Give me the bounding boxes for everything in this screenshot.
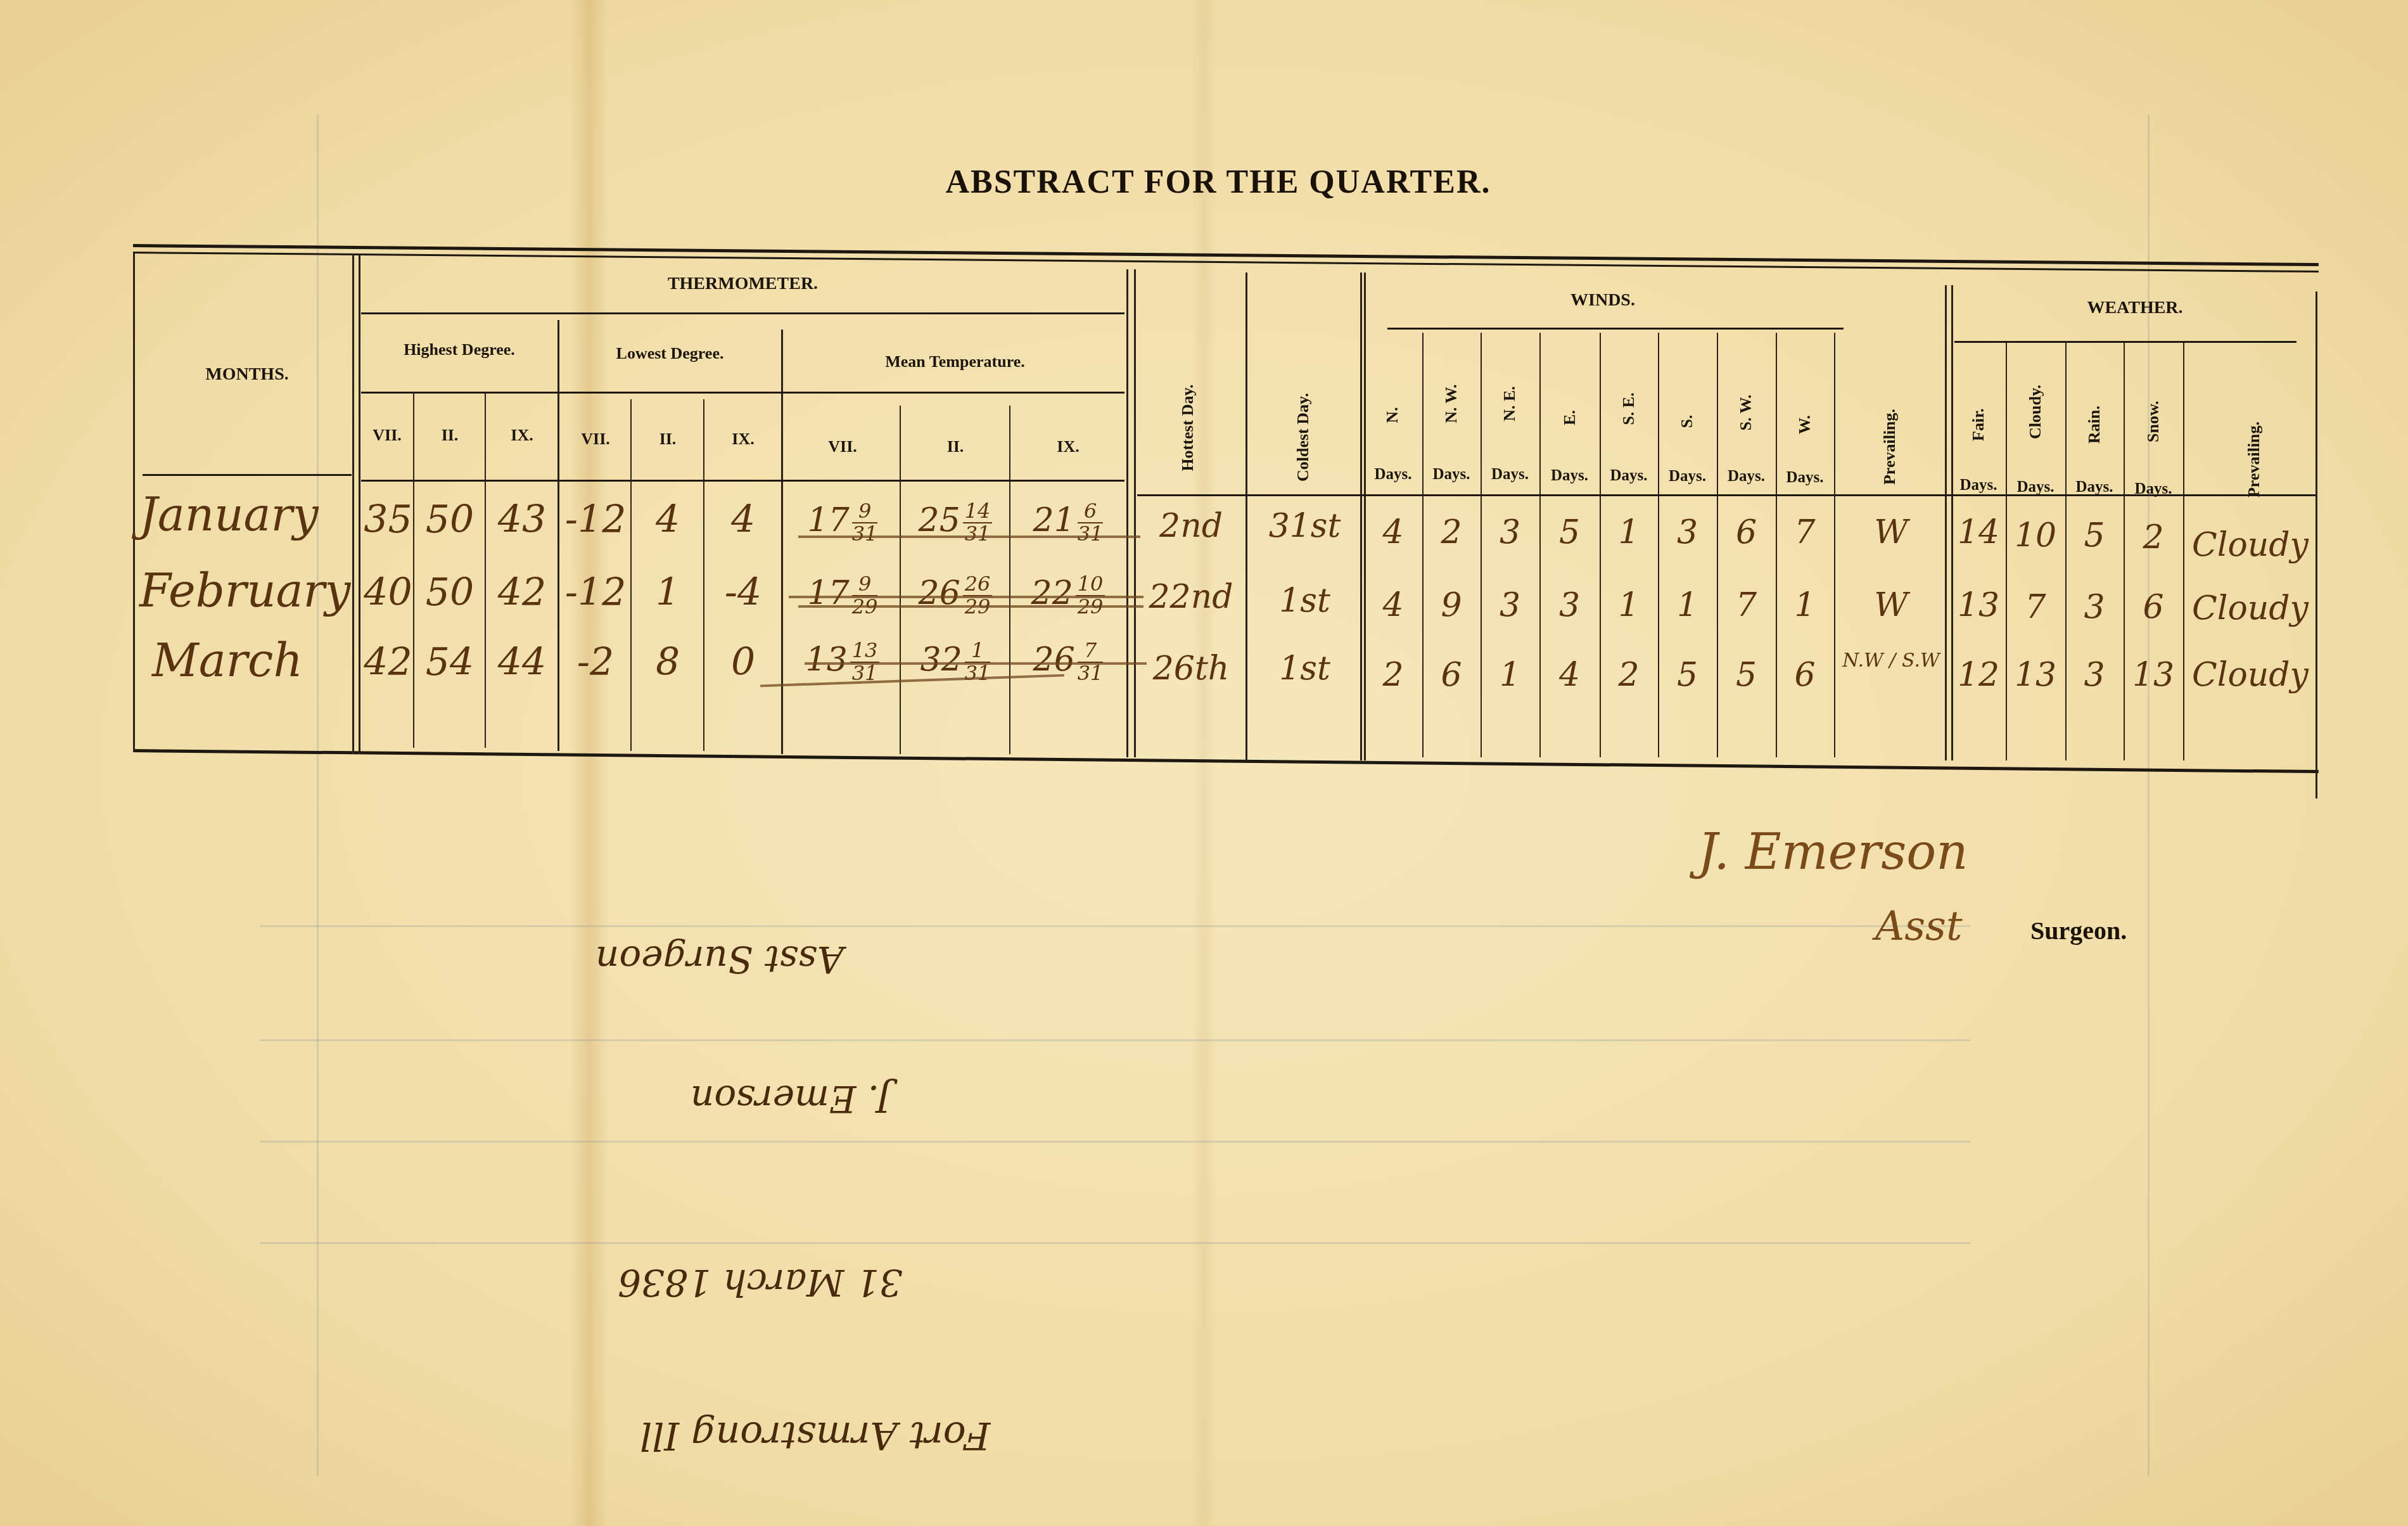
highest-vii: 42 bbox=[361, 640, 415, 684]
highest-degree-header: Highest Degree. bbox=[361, 340, 557, 359]
highest-vii: 40 bbox=[361, 570, 415, 615]
month-name: January bbox=[139, 488, 319, 541]
col-divider bbox=[1834, 333, 1835, 757]
weather-prevailing-header: Prevailing. bbox=[2245, 404, 2264, 515]
hour-vii: VII. bbox=[361, 426, 413, 445]
weather-prevailing: Cloudy bbox=[2192, 589, 2338, 627]
wind-se-days: 2 bbox=[1600, 656, 1658, 694]
days-label: Days. bbox=[1481, 466, 1539, 484]
weather-fair-days: 14 bbox=[1951, 513, 2006, 551]
weather-fair-days: 13 bbox=[1951, 586, 2006, 624]
inverted-note-name: J. Emerson bbox=[691, 1077, 891, 1120]
wind-dir-ne: N. E. bbox=[1500, 375, 1519, 433]
month-name: March bbox=[152, 634, 303, 687]
highest-vii: 35 bbox=[361, 497, 415, 542]
wind-dir-e: E. bbox=[1560, 388, 1579, 448]
coldest-day-header: Coldest Day. bbox=[1294, 377, 1313, 497]
wind-w-days: 6 bbox=[1776, 656, 1834, 694]
highest-ix: 44 bbox=[487, 640, 557, 684]
bleed-through-line bbox=[260, 1039, 1970, 1041]
col-divider bbox=[557, 320, 559, 751]
col-divider bbox=[900, 406, 901, 754]
weather-fair-days: 12 bbox=[1951, 656, 2006, 694]
lowest-ii: 4 bbox=[632, 497, 703, 542]
bleed-through-line bbox=[260, 925, 1970, 927]
winds-header: WINDS. bbox=[1368, 290, 1837, 311]
col-divider bbox=[1945, 285, 1947, 760]
header-underline bbox=[1954, 341, 2297, 343]
bleed-through-line bbox=[260, 1242, 1970, 1244]
weather-rain: Rain. bbox=[2085, 395, 2104, 454]
hottest-day: 26th bbox=[1137, 650, 1245, 688]
coldest-day: 1st bbox=[1249, 582, 1360, 620]
hour-ii: II. bbox=[415, 426, 485, 445]
days-label: Days. bbox=[2006, 478, 2065, 496]
highest-ix: 43 bbox=[487, 497, 557, 542]
col-divider bbox=[2183, 342, 2184, 760]
hour-ii: II. bbox=[901, 437, 1009, 456]
thermometer-header: THERMOMETER. bbox=[361, 274, 1124, 294]
lowest-vii: -12 bbox=[561, 497, 630, 542]
header-underline bbox=[1387, 328, 1844, 330]
signature-name: J. Emerson bbox=[1698, 824, 1968, 881]
wind-e-days: 3 bbox=[1539, 586, 1600, 624]
wind-n-days: 4 bbox=[1364, 586, 1422, 624]
wind-dir-w: W. bbox=[1795, 395, 1814, 454]
wind-s-days: 3 bbox=[1658, 513, 1717, 551]
mean-temperature-header: Mean Temperature. bbox=[786, 352, 1124, 371]
page-title: ABSTRACT FOR THE QUARTER. bbox=[917, 163, 1519, 201]
wind-e-days: 4 bbox=[1539, 656, 1600, 694]
lowest-vii: -2 bbox=[561, 640, 630, 684]
wind-sw-days: 7 bbox=[1717, 586, 1776, 624]
col-divider bbox=[1245, 272, 1247, 760]
col-divider bbox=[1009, 406, 1010, 754]
header-underline bbox=[143, 474, 352, 476]
highest-ii: 50 bbox=[415, 570, 485, 615]
wind-se-days: 1 bbox=[1600, 513, 1658, 551]
wind-dir-s: S. bbox=[1678, 392, 1697, 451]
inverted-note-date: 31 March 1836 bbox=[618, 1261, 903, 1304]
col-divider bbox=[359, 253, 360, 754]
lowest-ii: 1 bbox=[632, 570, 703, 615]
col-divider bbox=[630, 399, 632, 751]
col-divider bbox=[485, 393, 486, 748]
wind-dir-sw: S. W. bbox=[1736, 383, 1755, 442]
weather-prevailing: Cloudy bbox=[2192, 526, 2338, 564]
wind-prevailing-header: Prevailing. bbox=[1880, 392, 1899, 503]
days-label: Days. bbox=[2065, 478, 2124, 496]
wind-n-days: 4 bbox=[1364, 513, 1422, 551]
col-divider bbox=[1134, 269, 1136, 757]
weather-rain-days: 3 bbox=[2065, 588, 2124, 626]
highest-ii: 50 bbox=[415, 497, 485, 542]
hour-vii: VII. bbox=[786, 437, 900, 456]
days-label: Days. bbox=[2124, 480, 2183, 498]
wind-w-days: 1 bbox=[1776, 586, 1834, 624]
hour-vii: VII. bbox=[561, 430, 630, 449]
col-divider bbox=[133, 253, 135, 751]
weather-snow: Snow. bbox=[2144, 392, 2163, 451]
bleed-through-line bbox=[317, 114, 319, 1477]
bleed-through-line bbox=[260, 1141, 1970, 1143]
days-label: Days. bbox=[1539, 467, 1600, 485]
month-name: February bbox=[139, 564, 351, 617]
days-label: Days. bbox=[1600, 467, 1658, 485]
col-divider bbox=[352, 253, 354, 754]
weather-snow-days: 2 bbox=[2124, 518, 2183, 556]
weather-snow-days: 13 bbox=[2124, 656, 2183, 694]
col-divider bbox=[1126, 269, 1128, 757]
weather-cloudy-days: 7 bbox=[2006, 588, 2065, 626]
highest-ix: 42 bbox=[487, 570, 557, 615]
strikethrough bbox=[789, 596, 1143, 598]
highest-ii: 54 bbox=[415, 640, 485, 684]
coldest-day: 31st bbox=[1249, 507, 1360, 545]
wind-nw-days: 6 bbox=[1422, 656, 1481, 694]
hour-ii: II. bbox=[632, 430, 703, 449]
inverted-note-place: Fort Armstrong Ill bbox=[640, 1413, 990, 1458]
wind-e-days: 5 bbox=[1539, 513, 1600, 551]
inverted-note-rank: Asst Surgeon bbox=[596, 938, 844, 981]
wind-nw-days: 2 bbox=[1422, 513, 1481, 551]
lowest-ii: 8 bbox=[632, 640, 703, 684]
strikethrough bbox=[798, 605, 1143, 608]
hottest-day: 2nd bbox=[1137, 507, 1245, 545]
wind-prevailing: W bbox=[1837, 513, 1945, 551]
weather-rain-days: 5 bbox=[2065, 516, 2124, 555]
wind-n-days: 2 bbox=[1364, 656, 1422, 694]
days-label: Days. bbox=[1422, 466, 1481, 484]
days-label: Days. bbox=[1776, 469, 1834, 487]
months-header: MONTHS. bbox=[143, 364, 352, 385]
wind-ne-days: 3 bbox=[1481, 513, 1539, 551]
signature-rank: Asst bbox=[1875, 903, 1963, 950]
days-label: Days. bbox=[1658, 468, 1717, 485]
days-label: Days. bbox=[1364, 466, 1422, 484]
hour-ix: IX. bbox=[487, 426, 557, 445]
wind-prevailing: W bbox=[1837, 586, 1945, 624]
hottest-day: 22nd bbox=[1137, 578, 1245, 616]
wind-se-days: 1 bbox=[1600, 586, 1658, 624]
coldest-day: 1st bbox=[1249, 650, 1360, 688]
wind-sw-days: 6 bbox=[1717, 513, 1776, 551]
weather-cloudy: Cloudy. bbox=[2026, 382, 2045, 442]
wind-s-days: 5 bbox=[1658, 656, 1717, 694]
wind-s-days: 1 bbox=[1658, 586, 1717, 624]
weather-prevailing: Cloudy bbox=[2192, 656, 2338, 694]
weather-fair: Fair. bbox=[1969, 397, 1988, 452]
weather-header: WEATHER. bbox=[2040, 298, 2230, 318]
hour-ix: IX. bbox=[705, 430, 781, 449]
col-divider bbox=[1360, 272, 1362, 760]
hour-ix: IX. bbox=[1011, 437, 1125, 456]
header-underline bbox=[361, 480, 1124, 482]
paper-background bbox=[0, 0, 2408, 1526]
weather-rain-days: 3 bbox=[2065, 656, 2124, 694]
strikethrough bbox=[798, 535, 1140, 538]
weather-cloudy-days: 13 bbox=[2006, 656, 2065, 694]
lowest-ix: 4 bbox=[705, 497, 781, 542]
lowest-ix: -4 bbox=[705, 570, 781, 615]
header-underline bbox=[361, 312, 1124, 314]
wind-w-days: 7 bbox=[1776, 513, 1834, 551]
bleed-through-line bbox=[2148, 114, 2150, 1477]
lowest-vii: -12 bbox=[561, 570, 630, 615]
weather-cloudy-days: 10 bbox=[2006, 516, 2065, 555]
wind-dir-n: N. bbox=[1383, 385, 1402, 446]
wind-sw-days: 5 bbox=[1717, 656, 1776, 694]
wind-ne-days: 1 bbox=[1481, 656, 1539, 694]
wind-dir-nw: N. W. bbox=[1442, 375, 1461, 433]
days-label: Days. bbox=[1951, 477, 2006, 494]
wind-ne-days: 3 bbox=[1481, 586, 1539, 624]
wind-nw-days: 9 bbox=[1422, 586, 1481, 624]
signature-title: Surgeon. bbox=[2030, 916, 2127, 946]
header-underline bbox=[361, 392, 1124, 394]
weather-snow-days: 6 bbox=[2124, 588, 2183, 626]
col-divider bbox=[703, 399, 704, 751]
lowest-degree-header: Lowest Degree. bbox=[561, 344, 779, 363]
wind-prevailing: N.W / S.W bbox=[1837, 650, 1945, 672]
hottest-day-header: Hottest Day. bbox=[1178, 368, 1197, 488]
wind-dir-se: S. E. bbox=[1619, 380, 1638, 438]
days-label: Days. bbox=[1717, 468, 1776, 485]
strikethrough bbox=[805, 662, 1147, 665]
lowest-ix: 0 bbox=[705, 640, 781, 684]
